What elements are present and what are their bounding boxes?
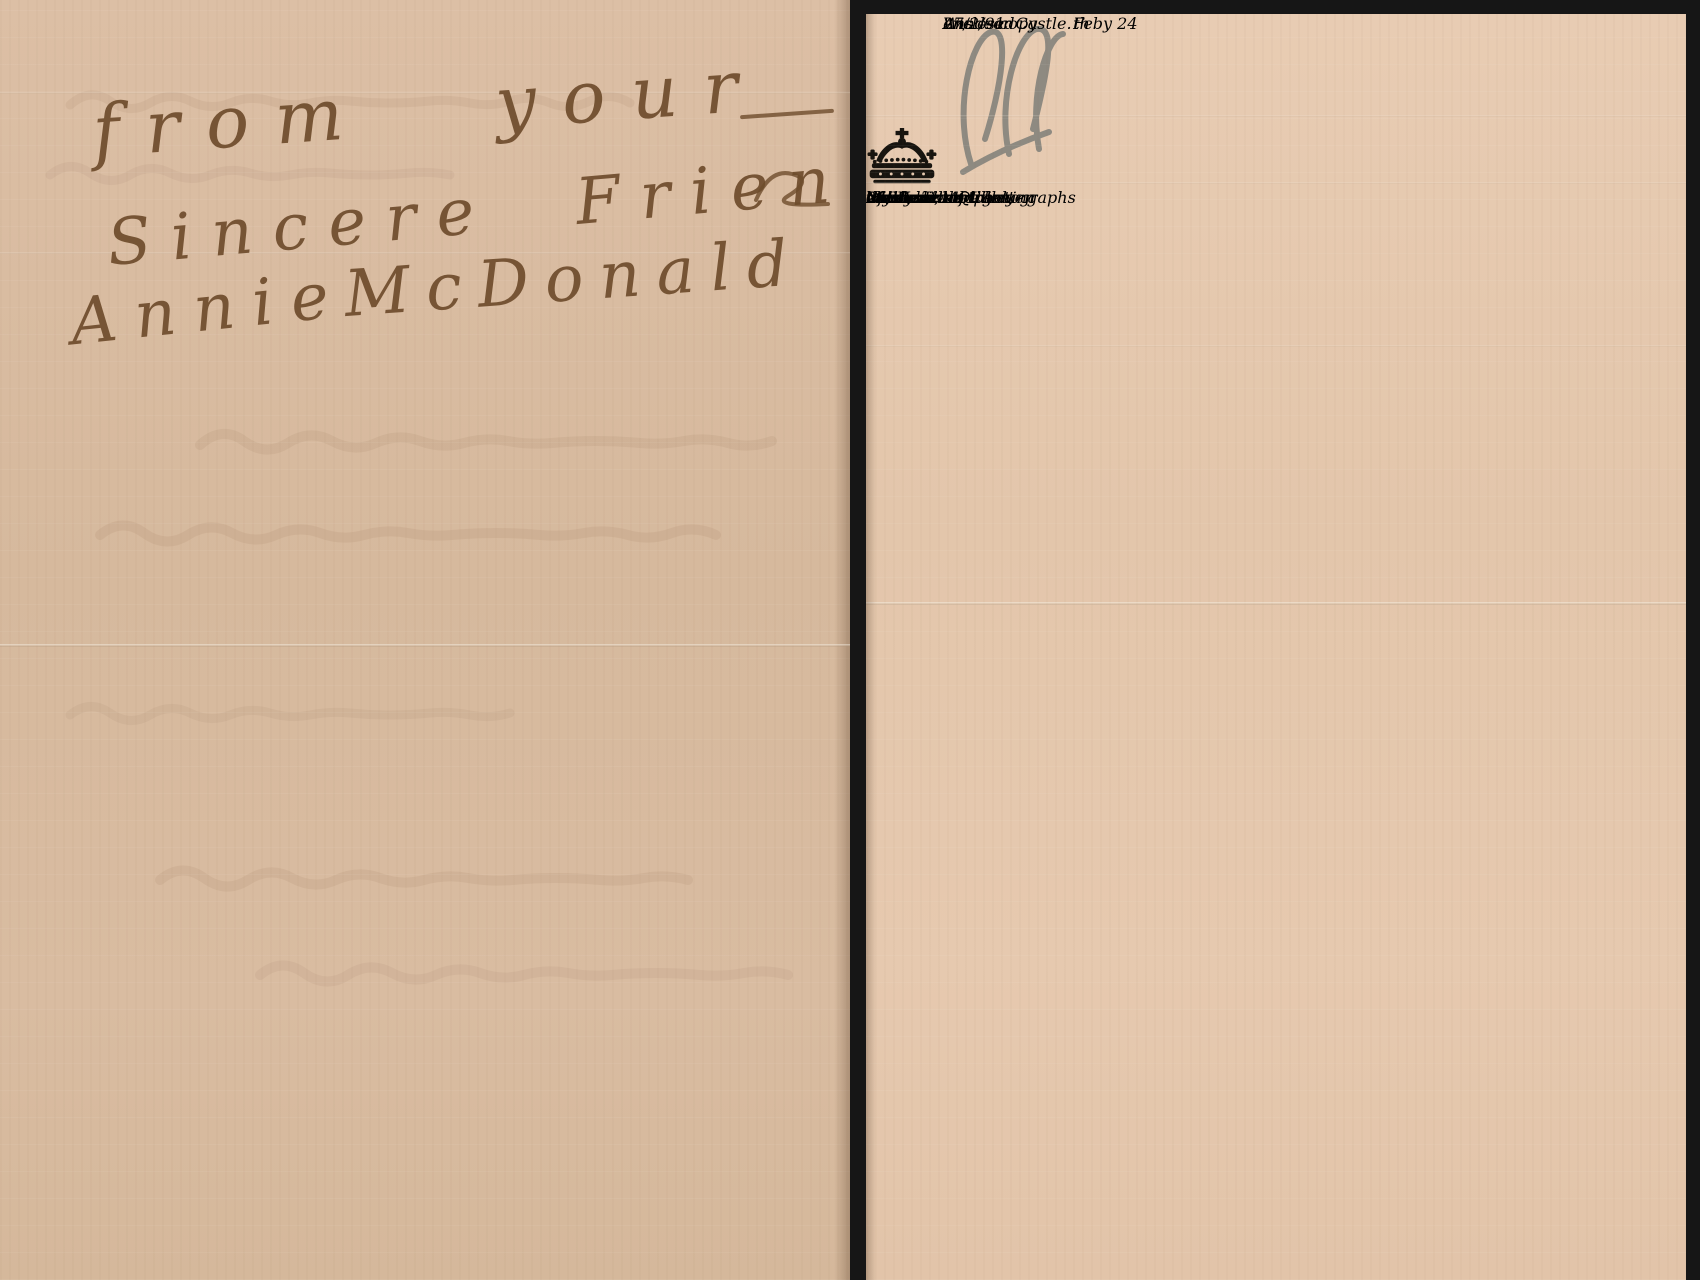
pencil-note-enclosed: enclosed xyxy=(943,14,1014,33)
royal-crown-icon xyxy=(866,128,938,184)
body-line-10: where The Queen xyxy=(866,188,1010,207)
fold-crease xyxy=(0,644,850,647)
date-ordinal-suffix: th xyxy=(1073,14,1090,33)
fold-crease xyxy=(866,345,1686,347)
letter-page-right: Windsor Castle. 27/2/91 Ans — copy enclo… xyxy=(866,14,1686,1280)
fold-crease xyxy=(866,115,1686,117)
letter-page-left: from your Sincere Friend Annie McDonald xyxy=(0,0,850,1280)
fold-crease xyxy=(866,182,1686,184)
scan-edge-artifact xyxy=(0,0,780,5)
pencil-initials-scrawl xyxy=(943,14,1073,184)
pen-flourish-curl xyxy=(748,162,832,214)
fold-crease xyxy=(866,602,1686,605)
letter-scan: from your Sincere Friend Annie McDonald xyxy=(0,0,1700,1280)
